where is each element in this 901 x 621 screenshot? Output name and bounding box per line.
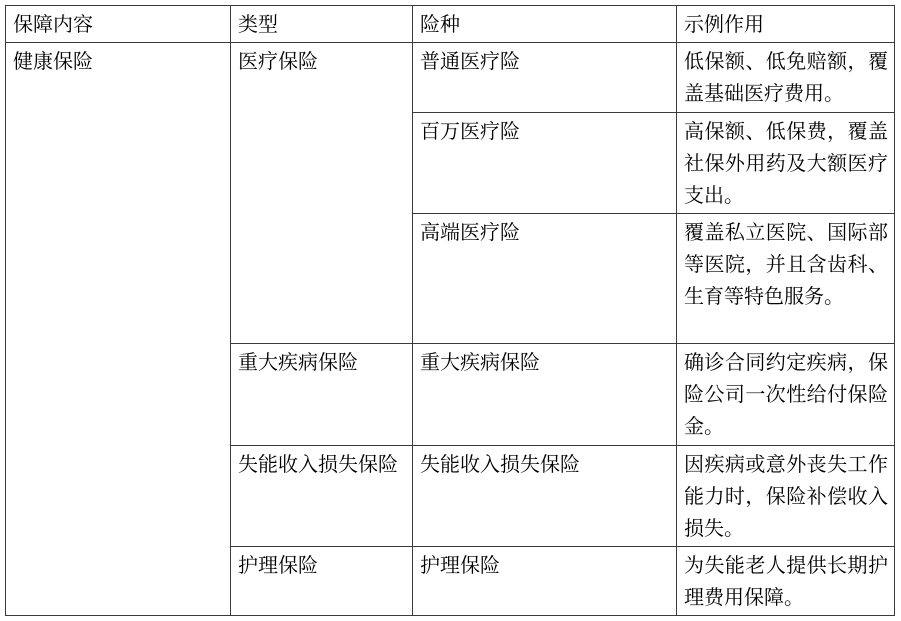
cell-desc: 确诊合同约定疾病，保险公司一次性给付保险金。 — [677, 344, 895, 446]
cell-kind: 护理保险 — [413, 547, 677, 616]
cell-desc: 覆盖私立医院、国际部等医院，并且含齿科、生育等特色服务。 — [677, 214, 895, 344]
header-row: 保障内容 类型 险种 示例作用 — [6, 6, 895, 43]
column-header-coverage: 保障内容 — [6, 6, 231, 43]
cell-desc: 为失能老人提供长期护理费用保障。 — [677, 547, 895, 616]
column-header-example: 示例作用 — [677, 6, 895, 43]
cell-type: 医疗保险 — [231, 43, 413, 344]
cell-category: 健康保险 — [6, 43, 231, 616]
table-row: 健康保险 医疗保险 普通医疗险 低保额、低免赔额，覆盖基础医疗费用。 — [6, 43, 895, 113]
cell-desc: 因疾病或意外丧失工作能力时，保险补偿收入损失。 — [677, 446, 895, 547]
cell-type: 护理保险 — [231, 547, 413, 616]
cell-desc: 低保额、低免赔额，覆盖基础医疗费用。 — [677, 43, 895, 113]
cell-kind: 重大疾病保险 — [413, 344, 677, 446]
cell-kind: 失能收入损失保险 — [413, 446, 677, 547]
column-header-kind: 险种 — [413, 6, 677, 43]
insurance-table: 保障内容 类型 险种 示例作用 健康保险 医疗保险 普通医疗险 低保额、低免赔额… — [5, 5, 895, 616]
cell-kind: 百万医疗险 — [413, 113, 677, 214]
cell-kind: 高端医疗险 — [413, 214, 677, 344]
cell-desc: 高保额、低保费，覆盖社保外用药及大额医疗支出。 — [677, 113, 895, 214]
cell-type: 失能收入损失保险 — [231, 446, 413, 547]
cell-kind: 普通医疗险 — [413, 43, 677, 113]
cell-type: 重大疾病保险 — [231, 344, 413, 446]
document-body: 保障内容 类型 险种 示例作用 健康保险 医疗保险 普通医疗险 低保额、低免赔额… — [0, 0, 901, 621]
column-header-type: 类型 — [231, 6, 413, 43]
